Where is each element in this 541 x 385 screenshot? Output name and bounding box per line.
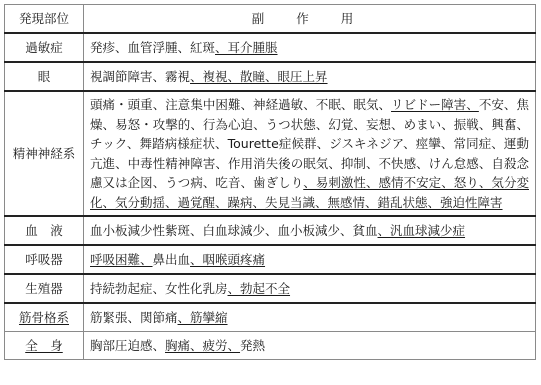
effect-text-revised: 、汎血球減少症 xyxy=(378,223,466,238)
effect-text-revised: 、勃起不全 xyxy=(228,281,291,296)
effect-text: 視調節障害、霧視 xyxy=(90,69,190,84)
adverse-reactions-table: 発現部位 副 作 用 過敏症 発疹、血管浮腫、紅斑、耳介腫脹 眼 視調節障害、霧… xyxy=(4,4,536,360)
row-effects: 呼吸困難、鼻出血、咽喉頭疼痛 xyxy=(84,245,536,274)
table-row: 血 液 血小板減少性紫斑、白血球減少、血小板減少、貧血、汎血球減少症 xyxy=(5,216,536,245)
effect-text: 発疹、血管浮腫、紅斑 xyxy=(90,40,215,55)
header-effects: 副 作 用 xyxy=(84,5,536,34)
effect-text: 頭痛・頭重、注意集中困難、神経過敏、不眠、眠気、 xyxy=(90,97,391,112)
table-header-row: 発現部位 副 作 用 xyxy=(5,5,536,34)
row-category: 生殖器 xyxy=(5,274,84,303)
table-row: 過敏症 発疹、血管浮腫、紅斑、耳介腫脹 xyxy=(5,33,536,62)
row-effects: 筋緊張、関節痛、筋攣縮 xyxy=(84,303,536,332)
row-category: 全 身 xyxy=(5,332,84,360)
effect-text-revised: 、複視、散瞳、眼圧上昇 xyxy=(190,69,328,84)
table-row: 呼吸器 呼吸困難、鼻出血、咽喉頭疼痛 xyxy=(5,245,536,274)
table-row: 生殖器 持続勃起症、女性化乳房、勃起不全 xyxy=(5,274,536,303)
row-category: 血 液 xyxy=(5,216,84,245)
row-category: 筋骨格系 xyxy=(5,303,84,332)
effect-text: 筋緊張、関節痛 xyxy=(90,310,178,325)
effect-text-revised: 、耳介腫脹 xyxy=(215,40,278,55)
table-row: 眼 視調節障害、霧視、複視、散瞳、眼圧上昇 xyxy=(5,62,536,91)
effect-text-revised: 、咽喉頭疼痛 xyxy=(190,252,265,267)
row-category: 精神神経系 xyxy=(5,91,84,216)
row-category: 呼吸器 xyxy=(5,245,84,274)
row-effects: 発疹、血管浮腫、紅斑、耳介腫脹 xyxy=(84,33,536,62)
table-row: 精神神経系 頭痛・頭重、注意集中困難、神経過敏、不眠、眠気、リビドー障害、不安、… xyxy=(5,91,536,216)
effect-text-revised: リビドー障害、 xyxy=(391,97,479,112)
effect-text: 胸部圧迫感、 xyxy=(90,338,165,353)
row-effects: 持続勃起症、女性化乳房、勃起不全 xyxy=(84,274,536,303)
effect-text-revised: 胸痛、疲労、 xyxy=(165,338,240,353)
row-category: 過敏症 xyxy=(5,33,84,62)
effect-text: 発熱 xyxy=(240,338,265,353)
row-effects: 視調節障害、霧視、複視、散瞳、眼圧上昇 xyxy=(84,62,536,91)
effect-text: 血小板減少性紫斑、白血球減少、血小板減少、貧血 xyxy=(90,223,378,238)
row-effects: 胸部圧迫感、胸痛、疲労、発熱 xyxy=(84,332,536,360)
effect-text: 鼻出血 xyxy=(153,252,191,267)
table-row: 全 身 胸部圧迫感、胸痛、疲労、発熱 xyxy=(5,332,536,360)
table-row: 筋骨格系 筋緊張、関節痛、筋攣縮 xyxy=(5,303,536,332)
row-category: 眼 xyxy=(5,62,84,91)
row-effects: 血小板減少性紫斑、白血球減少、血小板減少、貧血、汎血球減少症 xyxy=(84,216,536,245)
header-category: 発現部位 xyxy=(5,5,84,34)
effect-text: 持続勃起症、女性化乳房 xyxy=(90,281,228,296)
row-effects: 頭痛・頭重、注意集中困難、神経過敏、不眠、眠気、リビドー障害、不安、焦燥、易怒・… xyxy=(84,91,536,216)
effect-text-revised: 、筋攣縮 xyxy=(178,310,228,325)
effect-text-revised: 呼吸困難、 xyxy=(90,252,153,267)
